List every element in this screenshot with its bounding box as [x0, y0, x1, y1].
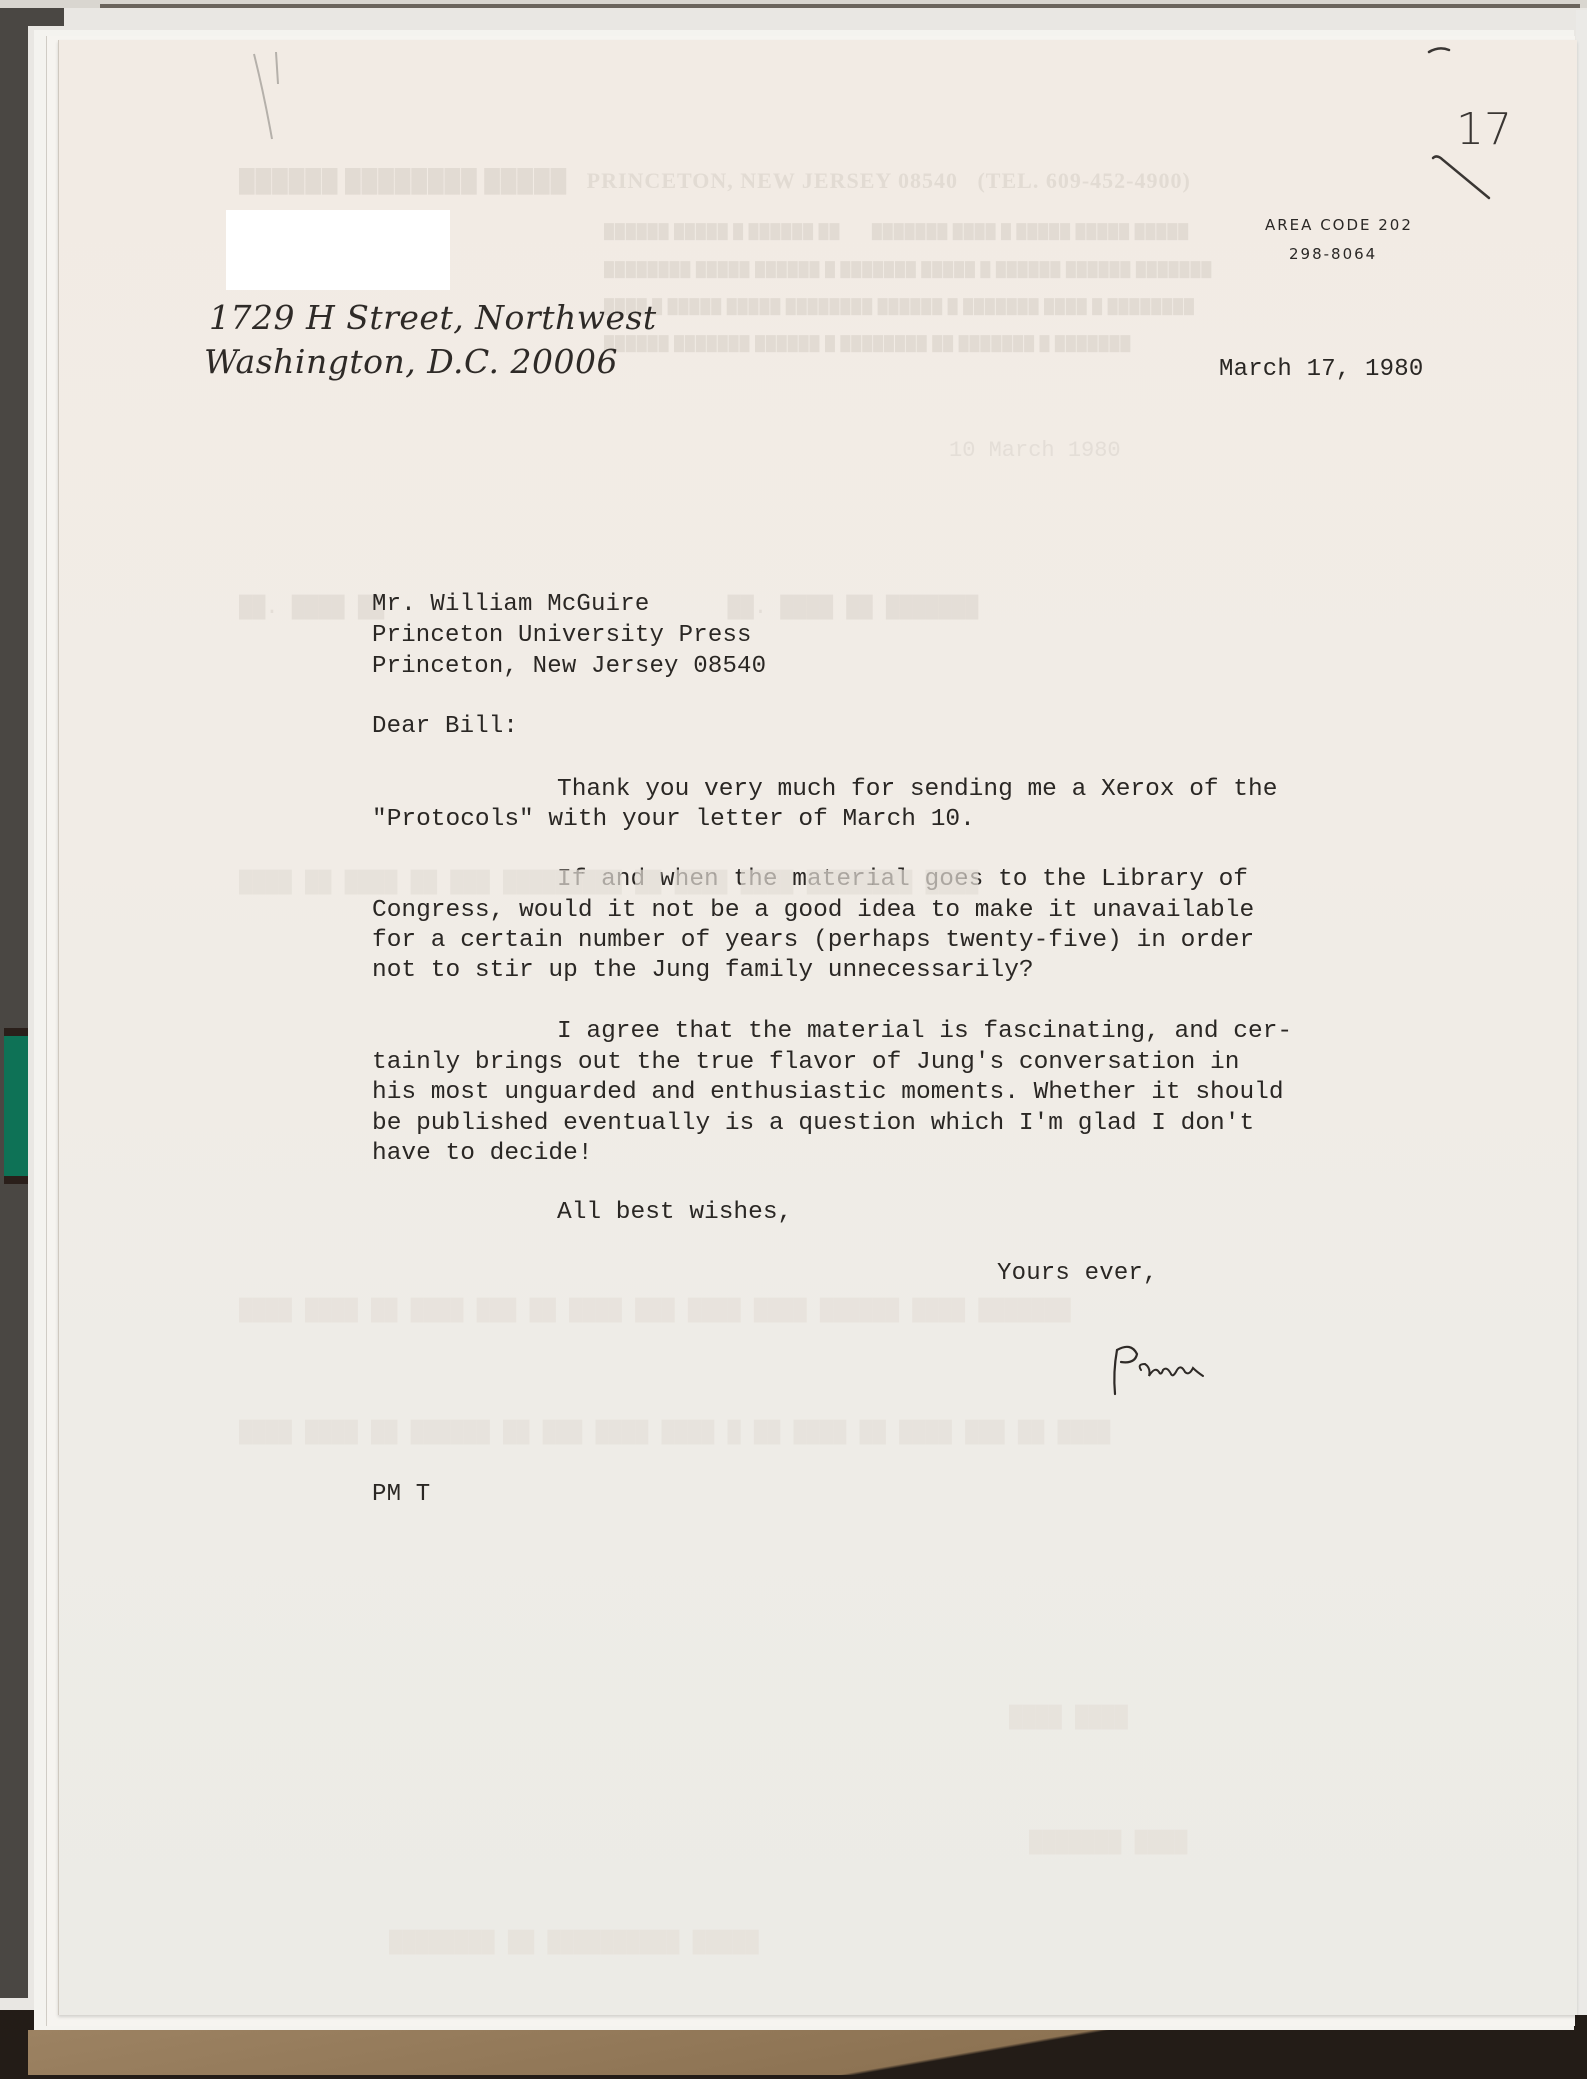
bleed-through-header: ██████ ████████ █████ PRINCETON, NEW JER… [239, 168, 1191, 194]
bleed-through-date: 10 March 1980 [949, 438, 1121, 463]
folder-bottom [28, 2030, 1548, 2075]
closing-wishes: All best wishes, [557, 1199, 792, 1226]
bleed-through-letterhead-row: ██████ █████ █ ██████ ██ ███████ ████ █ … [604, 225, 1189, 241]
body-line: Thank you very much for sending me a Xer… [557, 776, 1277, 803]
bleed-through-letterhead-row: ████ █ █████ █████ ████████ ██████ █ ███… [604, 300, 1195, 316]
body-line: not to stir up the Jung family unnecessa… [372, 957, 1034, 984]
bleed-through-letterhead-row: ██████ ███████ ██████ █ ████████ ██ ████… [604, 337, 1131, 353]
handwritten-signature [1107, 1342, 1247, 1402]
redacted-letterhead-name [226, 210, 450, 290]
folder-tab-marker [4, 1028, 28, 1184]
bleed-through-body: ████ ████ ██ ████ ███ ██ ████ ███ ████ █… [239, 1298, 1071, 1323]
valediction: Yours ever, [997, 1260, 1158, 1287]
handwritten-page-number: 17 [1456, 104, 1512, 155]
handwritten-dash-mark [1427, 40, 1457, 60]
body-line: have to decide! [372, 1140, 593, 1167]
scan-top-border [100, 4, 1580, 8]
body-line: his most unguarded and enthusiastic mome… [372, 1079, 1284, 1106]
scanner-left-corner [0, 8, 64, 26]
letter-page: ██████ ████████ █████ PRINCETON, NEW JER… [58, 40, 1577, 2015]
letter-date: March 17, 1980 [1219, 356, 1423, 383]
handwritten-check-mark-icon [1429, 150, 1509, 210]
recipient-address: Princeton, New Jersey 08540 [372, 653, 766, 680]
body-line: Congress, would it not be a good idea to… [372, 897, 1254, 924]
bleed-through-closing: ████ ████ [1009, 1705, 1128, 1730]
bleed-through-body: ████ ██ ████ ██ ███ █████████ ██ ████ ██… [239, 870, 978, 895]
pencil-mark [234, 44, 294, 164]
phone-area-code: AREA CODE 202 [1265, 216, 1413, 234]
body-line: "Protocols" with your letter of March 10… [372, 806, 975, 833]
phone-number: 298-8064 [1289, 245, 1377, 263]
bleed-through-name: ███████ ████ [1029, 1830, 1187, 1855]
salutation: Dear Bill: [372, 713, 518, 740]
body-line: I agree that the material is fascinating… [557, 1018, 1292, 1045]
recipient-name: Mr. William McGuire [372, 591, 649, 618]
letterhead-street: 1729 H Street, Northwest [209, 298, 657, 337]
typist-initials: PM T [372, 1481, 430, 1508]
bleed-through-body: ████ ████ ██ ██████ ██ ███ ████ ████ █ █… [239, 1420, 1110, 1445]
body-line: for a certain number of years (perhaps t… [372, 927, 1254, 954]
body-line: tainly brings out the true flavor of Jun… [372, 1049, 1239, 1076]
letterhead-city: Washington, D.C. 20006 [204, 342, 618, 381]
scanner-left-edge [0, 8, 28, 1998]
body-line: be published eventually is a question wh… [372, 1110, 1254, 1137]
bleed-through-letterhead-row: ████████ █████ ██████ █ ███████ █████ █ … [604, 263, 1212, 279]
scanner-right-edge [1576, 10, 1587, 2015]
recipient-organization: Princeton University Press [372, 622, 752, 649]
bleed-through-footer: ████████ ██ ██████████ █████ [389, 1930, 759, 1955]
